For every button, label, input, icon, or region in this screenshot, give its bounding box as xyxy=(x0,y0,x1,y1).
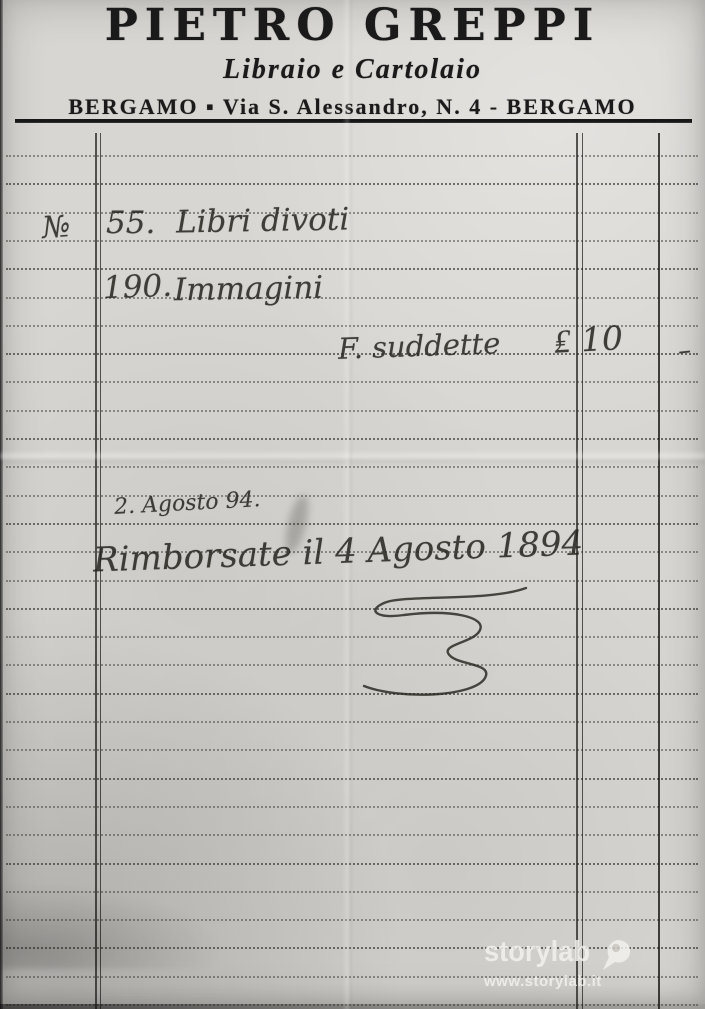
amount-column-rule-outer xyxy=(576,133,578,1009)
paper-left-edge xyxy=(0,0,3,1009)
scanned-receipt-page: PIETRO GREPPI Libraio e Cartolaio BERGAM… xyxy=(0,0,705,1009)
lira-currency-sign: ₤ xyxy=(553,321,572,361)
handwritten-item-description: Libri divoti xyxy=(176,201,350,240)
signature-flourish xyxy=(358,582,533,704)
cents-column-rule xyxy=(658,133,660,1009)
handwritten-settlement-note: Rimborsate il 4 Agosto 1894 xyxy=(92,523,583,580)
handwritten-total-label: F. suddette xyxy=(337,326,500,366)
handwritten-margin-number: № xyxy=(41,209,72,246)
watermark: storylab www.storylab.it xyxy=(484,938,633,990)
watermark-brand-text: storylab xyxy=(484,938,590,967)
handwritten-total-amount: ₤ 10 xyxy=(553,318,624,362)
total-amount-value: 10 xyxy=(580,318,624,359)
handwritten-item-description: Immagini xyxy=(174,270,324,309)
bottom-left-fold-shadow xyxy=(0,879,240,969)
handwritten-item-quantity: 55. xyxy=(106,205,155,241)
handwritten-item-quantity: 190. xyxy=(102,268,172,306)
handwritten-cents-dash: – xyxy=(676,335,692,366)
amount-column-rule-inner xyxy=(582,133,583,1009)
watermark-lens-icon xyxy=(599,939,633,971)
vertical-fold-crease xyxy=(342,0,354,1009)
handwritten-date-note: 2. Agosto 94. xyxy=(113,487,261,520)
watermark-url-text: www.storylab.it xyxy=(484,973,633,990)
